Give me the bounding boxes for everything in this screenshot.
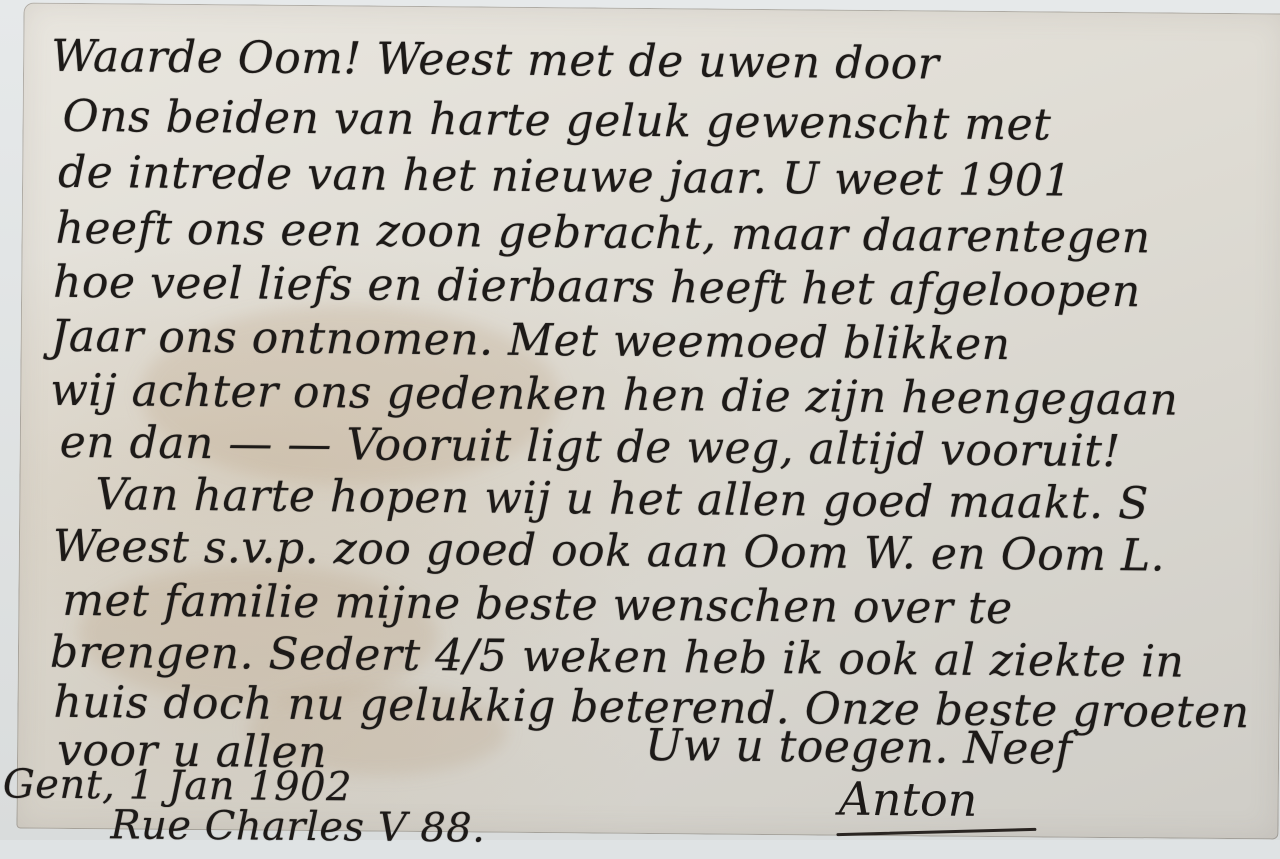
text-line-10: Weest s.v.p. zoo goed ook aan Oom W. en … bbox=[53, 525, 1166, 579]
closing-text: Uw u toegen. Neef bbox=[645, 724, 1073, 772]
signature: Anton bbox=[838, 772, 977, 827]
postcard: Waarde Oom! Weest met de uwen door Ons b… bbox=[16, 3, 1280, 840]
text-line-4: heeft ons een zoon gebracht, maar daaren… bbox=[55, 207, 1150, 261]
text-line-2: Ons beiden van harte geluk gewenscht met bbox=[62, 95, 1051, 148]
text-line-6: Jaar ons ontnomen. Met weemoed blikken bbox=[51, 315, 1011, 367]
handwritten-text: Waarde Oom! Weest met de uwen door Ons b… bbox=[16, 3, 1280, 840]
text-line-8: en dan — — Vooruit ligt de weg, altijd v… bbox=[60, 421, 1121, 474]
place-date: Gent, 1 Jan 1902 bbox=[3, 764, 353, 807]
text-line-9: Van harte hopen wij u het allen goed maa… bbox=[95, 473, 1149, 526]
text-line-3: de intrede van het nieuwe jaar. U weet 1… bbox=[58, 151, 1072, 204]
text-line-5: hoe veel liefs en dierbaars heeft het af… bbox=[53, 261, 1141, 314]
text-line-12: brengen. Sedert 4/5 weken heb ik ook al … bbox=[50, 631, 1185, 685]
address: Rue Charles V 88. bbox=[110, 805, 485, 840]
text-line-11: met familie mijne beste wenschen over te bbox=[62, 579, 1013, 631]
text-line-7: wij achter ons gedenken hen die zijn hee… bbox=[50, 369, 1178, 423]
signature-underline bbox=[836, 828, 1036, 836]
text-line-1: Waarde Oom! Weest met de uwen door bbox=[51, 35, 940, 87]
